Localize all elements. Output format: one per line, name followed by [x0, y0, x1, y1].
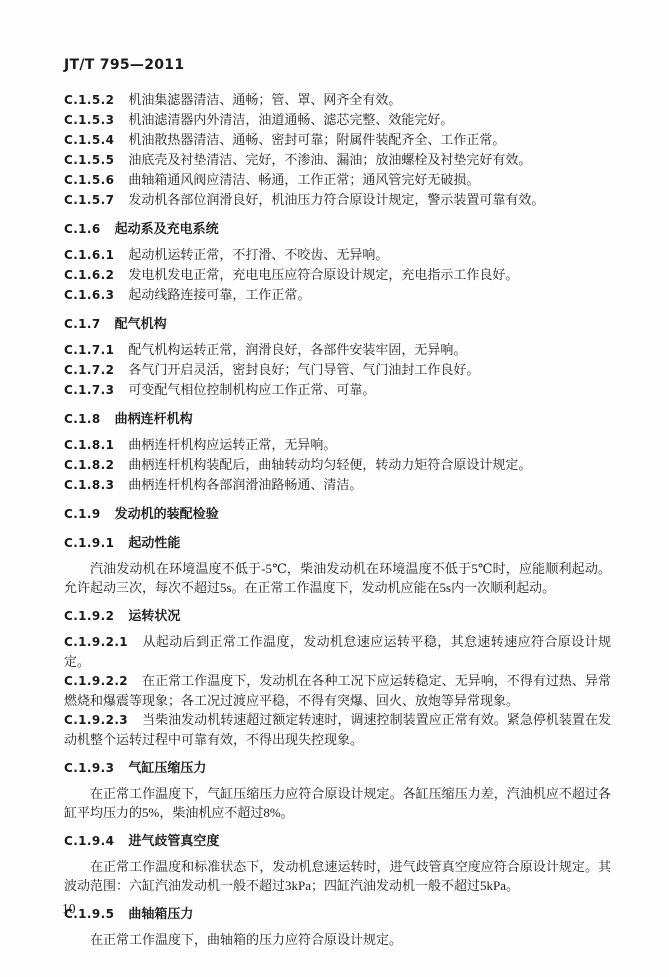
- clause-text: 起动机运转正常，不打滑、不咬齿、无异响。: [128, 247, 388, 262]
- paragraph: 在正常工作温度和标准状态下，发动机怠速运转时，进气歧管真空度应符合原设计规定。其…: [64, 857, 611, 895]
- clause-text: 曲柄连杆机构应运转正常，无异响。: [128, 437, 336, 452]
- clause-item: C.1.9.2.1从起动后到正常工作温度，发动机怠速应运转平稳，其怠速转速应符合…: [64, 632, 611, 671]
- clause-item: C.1.7.3可变配气相位控制机构应工作正常、可靠。: [64, 380, 611, 400]
- clause-item: C.1.5.6曲轴箱通风阀应清洁、畅通，工作正常；通风管完好无破损。: [64, 170, 611, 190]
- clause-text: 机油滤清器内外清洁，油道通畅、滤芯完整、效能完好。: [128, 112, 453, 127]
- section-heading: C.1.8曲柄连杆机构: [64, 409, 611, 429]
- clause-item: C.1.5.7发动机各部位润滑良好，机油压力符合原设计规定，警示装置可靠有效。: [64, 190, 611, 210]
- document-body: C.1.5.2机油集滤器清洁、通畅；管、罩、网齐全有效。C.1.5.3机油滤清器…: [64, 90, 611, 949]
- clause-text: 发动机各部位润滑良好，机油压力符合原设计规定，警示装置可靠有效。: [128, 192, 544, 207]
- clause-number: C.1.9.2.1: [64, 635, 128, 649]
- section-heading: C.1.6起动系及充电系统: [64, 219, 611, 239]
- clause-number: C.1.6.1: [64, 248, 114, 262]
- clause-item: C.1.9.2.2在正常工作温度下，发动机在各种工况下应运转稳定、无异响，不得有…: [64, 671, 611, 710]
- clause-number: C.1.5.6: [64, 173, 114, 187]
- clause-text: 机油散热器清洁、通畅、密封可靠；附属件装配齐全、工作正常。: [128, 132, 505, 147]
- clause-number: C.1.9.4: [64, 834, 114, 848]
- clause-number: C.1.8: [64, 412, 101, 426]
- clause-text: 曲柄连杆机构各部润滑油路畅通、清洁。: [128, 477, 362, 492]
- clause-item: C.1.7.1配气机构运转正常，润滑良好，各部件安装牢固，无异响。: [64, 340, 611, 360]
- section-title: 起动性能: [128, 535, 180, 550]
- clause-number: C.1.8.3: [64, 478, 114, 492]
- clause-text: 从起动后到正常工作温度，发动机怠速应运转平稳，其怠速转速应符合原设计规定。: [64, 634, 611, 669]
- clause-number: C.1.9.2.3: [64, 713, 128, 727]
- clause-number: C.1.6.2: [64, 268, 114, 282]
- section-title: 曲柄连杆机构: [115, 411, 193, 426]
- section-title: 运转状况: [128, 608, 180, 623]
- clause-number: C.1.9.1: [64, 536, 114, 550]
- clause-text: 机油集滤器清洁、通畅；管、罩、网齐全有效。: [128, 92, 401, 107]
- clause-item: C.1.5.5油底壳及衬垫清洁、完好，不渗油、漏油；放油螺栓及衬垫完好有效。: [64, 150, 611, 170]
- clause-item: C.1.5.2机油集滤器清洁、通畅；管、罩、网齐全有效。: [64, 90, 611, 110]
- clause-item: C.1.6.3起动线路连接可靠，工作正常。: [64, 285, 611, 305]
- clause-item: C.1.6.1起动机运转正常，不打滑、不咬齿、无异响。: [64, 245, 611, 265]
- clause-text: 曲柄连杆机构装配后，曲轴转动均匀轻便，转动力矩符合原设计规定。: [128, 457, 531, 472]
- standard-number-header: JT/T 795—2011: [64, 57, 184, 73]
- clause-text: 在正常工作温度下，发动机在各种工况下应运转稳定、无异响，不得有过热、异常燃烧和爆…: [64, 673, 611, 708]
- section-title: 气缸压缩压力: [128, 760, 206, 775]
- clause-text: 当柴油发动机转速超过额定转速时，调速控制装置应正常有效。紧急停机装置在发动机整个…: [64, 712, 611, 747]
- section-title: 起动系及充电系统: [115, 221, 219, 236]
- section-heading: C.1.9.5曲轴箱压力: [64, 904, 611, 924]
- clause-text: 油底壳及衬垫清洁、完好，不渗油、漏油；放油螺栓及衬垫完好有效。: [128, 152, 531, 167]
- section-heading: C.1.9.1起动性能: [64, 533, 611, 553]
- section-heading: C.1.9发动机的装配检验: [64, 504, 611, 524]
- section-title: 配气机构: [115, 316, 167, 331]
- clause-number: C.1.7.3: [64, 383, 114, 397]
- section-heading: C.1.9.3气缸压缩压力: [64, 758, 611, 778]
- clause-item: C.1.8.1曲柄连杆机构应运转正常，无异响。: [64, 435, 611, 455]
- clause-text: 配气机构运转正常，润滑良好，各部件安装牢固，无异响。: [128, 342, 466, 357]
- clause-number: C.1.6: [64, 222, 101, 236]
- section-title: 发动机的装配检验: [115, 506, 219, 521]
- clause-item: C.1.9.2.3当柴油发动机转速超过额定转速时，调速控制装置应正常有效。紧急停…: [64, 710, 611, 749]
- clause-item: C.1.5.4机油散热器清洁、通畅、密封可靠；附属件装配齐全、工作正常。: [64, 130, 611, 150]
- clause-number: C.1.6.3: [64, 288, 114, 302]
- clause-item: C.1.8.2曲柄连杆机构装配后，曲轴转动均匀轻便，转动力矩符合原设计规定。: [64, 455, 611, 475]
- clause-item: C.1.6.2发电机发电正常，充电电压应符合原设计规定，充电指示工作良好。: [64, 265, 611, 285]
- clause-item: C.1.5.3机油滤清器内外清洁，油道通畅、滤芯完整、效能完好。: [64, 110, 611, 130]
- clause-number: C.1.9.2: [64, 609, 114, 623]
- clause-number: C.1.8.1: [64, 438, 114, 452]
- section-heading: C.1.9.2运转状况: [64, 606, 611, 626]
- clause-number: C.1.5.3: [64, 113, 114, 127]
- clause-number: C.1.5.5: [64, 153, 114, 167]
- clause-number: C.1.7.1: [64, 343, 114, 357]
- paragraph: 在正常工作温度下，曲轴箱的压力应符合原设计规定。: [64, 930, 611, 949]
- clause-number: C.1.8.2: [64, 458, 114, 472]
- section-title: 曲轴箱压力: [128, 906, 193, 921]
- clause-number: C.1.9.3: [64, 761, 114, 775]
- clause-item: C.1.7.2各气门开启灵活，密封良好；气门导管、气门油封工作良好。: [64, 360, 611, 380]
- document-page: JT/T 795—2011 C.1.5.2机油集滤器清洁、通畅；管、罩、网齐全有…: [0, 0, 669, 977]
- clause-text: 可变配气相位控制机构应工作正常、可靠。: [128, 382, 375, 397]
- clause-number: C.1.5.7: [64, 193, 114, 207]
- paragraph: 在正常工作温度下，气缸压缩压力应符合原设计规定。各缸压缩压力差，汽油机应不超过各…: [64, 784, 611, 822]
- clause-number: C.1.7.2: [64, 363, 114, 377]
- page-number: 10: [62, 901, 76, 917]
- clause-number: C.1.9.2.2: [64, 674, 128, 688]
- clause-item: C.1.8.3曲柄连杆机构各部润滑油路畅通、清洁。: [64, 475, 611, 495]
- clause-text: 起动线路连接可靠，工作正常。: [128, 287, 310, 302]
- section-heading: C.1.7配气机构: [64, 314, 611, 334]
- clause-number: C.1.5.2: [64, 93, 114, 107]
- clause-number: C.1.9: [64, 507, 101, 521]
- section-title: 进气歧管真空度: [128, 833, 219, 848]
- clause-text: 各气门开启灵活，密封良好；气门导管、气门油封工作良好。: [128, 362, 479, 377]
- paragraph: 汽油发动机在环境温度不低于-5℃，柴油发动机在环境温度不低于5℃时，应能顺利起动…: [64, 559, 611, 597]
- clause-number: C.1.7: [64, 317, 101, 331]
- clause-number: C.1.5.4: [64, 133, 114, 147]
- section-heading: C.1.9.4进气歧管真空度: [64, 831, 611, 851]
- clause-text: 发电机发电正常，充电电压应符合原设计规定，充电指示工作良好。: [128, 267, 518, 282]
- clause-text: 曲轴箱通风阀应清洁、畅通，工作正常；通风管完好无破损。: [128, 172, 479, 187]
